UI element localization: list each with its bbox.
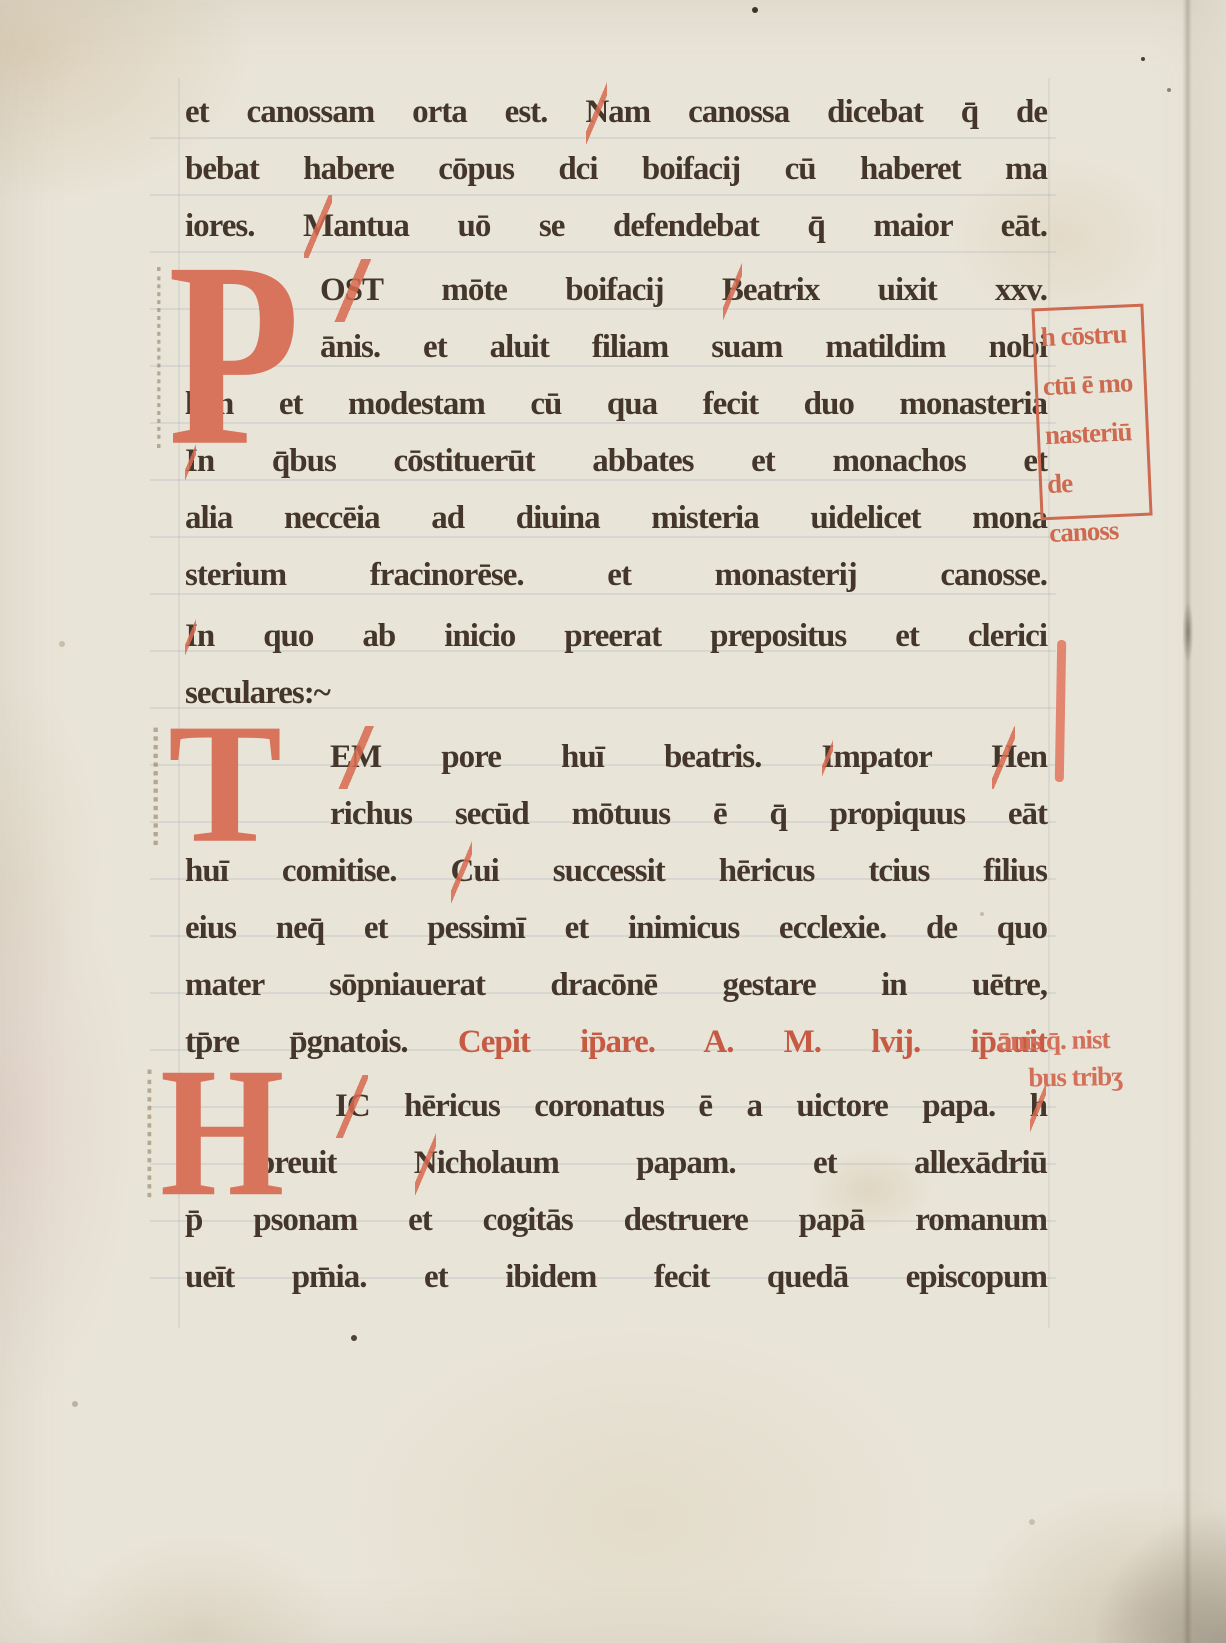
marginal-rubric-line: ānis q̄. nist: [997, 1021, 1122, 1060]
body-text: en: [1016, 739, 1047, 775]
initial-P: P: [168, 250, 300, 461]
body-text: pore huī beatris.: [381, 739, 821, 775]
manuscript-line: bebat habere cōpus dci boifacij cū haber…: [185, 141, 1047, 198]
marginal-rubric-line: bus tribʒ: [998, 1058, 1123, 1097]
manuscript-line: OST mōte boifacij Beatrix uixit xxv.: [185, 262, 1047, 319]
page-fold-crease: [1182, 0, 1192, 1643]
rubricated-capital: N: [414, 1135, 437, 1192]
manuscript-line: EM pore huī beatris. Impator Hen: [185, 729, 1047, 786]
text-block: et canossam orta est. Nam canossa diceba…: [185, 84, 1047, 1306]
rubric-text: Cepit ip̄are. A. M. lvij. ip̄auit: [458, 1024, 1047, 1060]
body-text: eatrix uixit xxv.: [743, 272, 1047, 308]
initial-T: T: [168, 716, 282, 853]
manuscript-line: tp̄re p̄gnatois. Cepit ip̄are. A. M. lvi…: [185, 1014, 1047, 1071]
parchment-specks: [0, 0, 4, 4]
manuscript-line: sterium fracinorēse. et monasterij canos…: [185, 547, 1047, 604]
manuscript-line: et canossam orta est. Nam canossa diceba…: [185, 84, 1047, 141]
body-text: mater sōpniauerat dracōnē gestare in uēt…: [185, 967, 1047, 1003]
body-text: bebat habere cōpus dci boifacij cū haber…: [185, 151, 1047, 187]
page-edge: [1192, 0, 1226, 1643]
page-corner-shadow: [1096, 1493, 1226, 1643]
rubricated-capital: M: [303, 198, 333, 255]
marginal-rubric-line: h cōstru: [1040, 309, 1138, 362]
marginal-rubric-line: ctū ē mo: [1042, 358, 1140, 411]
rubricated-capital: I: [821, 729, 833, 786]
body-text: ueīt pm̄ia. et ibidem fecit quedā episco…: [185, 1259, 1047, 1295]
marginal-rubric-line: nasteriū: [1044, 407, 1142, 460]
manuscript-line: eius neq̄ et pessimī et inimicus ecclexi…: [185, 900, 1047, 957]
body-text: mpator: [833, 739, 991, 775]
body-text: richus secūd mōtuus ē q̄ propiquus eāt: [330, 796, 1047, 832]
manuscript-line: ānis. et aluit filiam suam matildim nobi: [185, 319, 1047, 376]
rubric-paragraph-mark: [1055, 640, 1066, 782]
body-text: n quo ab inicio preerat prepositus et cl…: [197, 618, 1047, 654]
body-text: mōte boifacij: [383, 272, 722, 308]
rubricated-capital: OST: [320, 262, 383, 319]
manuscript-line: alia neccēia ad diuina misteria uidelice…: [185, 490, 1047, 547]
margin-rule-right: [1048, 78, 1050, 1328]
body-text: hēricus coronatus ē a uictore papa.: [370, 1088, 1030, 1124]
rubricated-capital: N: [585, 84, 608, 141]
body-text: ui successit hēricus tcius filius: [473, 853, 1047, 889]
marginal-rubric-line: de canoss: [1046, 456, 1144, 509]
manuscript-line: lem et modestam cū qua fecit duo monaste…: [185, 376, 1047, 433]
manuscript-line: iores. Mantua uō se defendebat q̄ maior …: [185, 198, 1047, 255]
rubricated-capital: I: [185, 608, 197, 665]
body-text: sterium fracinorēse. et monasterij canos…: [185, 557, 1047, 593]
manuscript-page: et canossam orta est. Nam canossa diceba…: [0, 0, 1226, 1643]
rubricated-capital: IC: [335, 1078, 370, 1135]
body-text: lem et modestam cū qua fecit duo monaste…: [185, 386, 1047, 422]
rubricated-capital: B: [722, 262, 743, 319]
marginal-rubric-note: ānis q̄. nist bus tribʒ: [997, 1021, 1122, 1097]
manuscript-line: richus secūd mōtuus ē q̄ propiquus eāt: [185, 786, 1047, 843]
manuscript-line: huī comitise. Cui successit hēricus tciu…: [185, 843, 1047, 900]
rubricated-capital: H: [991, 729, 1016, 786]
body-text: icholaum papam. et allexādriū: [437, 1145, 1047, 1181]
body-text: eius neq̄ et pessimī et inimicus ecclexi…: [185, 910, 1047, 946]
manuscript-line: ueīt pm̄ia. et ibidem fecit quedā episco…: [185, 1249, 1047, 1306]
manuscript-line: IC hēricus coronatus ē a uictore papa. h: [185, 1078, 1047, 1135]
manuscript-line: In quo ab inicio preerat prepositus et c…: [185, 608, 1047, 665]
body-text: n q̄bus cōstituerūt abbates et monachos …: [197, 443, 1047, 479]
initial-H: H: [160, 1058, 284, 1206]
manuscript-line: In q̄bus cōstituerūt abbates et monachos…: [185, 433, 1047, 490]
body-text: p̄ psonam et cogitās destruere papā roma…: [185, 1202, 1047, 1238]
body-text: ānis. et aluit filiam suam matildim nobi: [320, 329, 1047, 365]
body-text: am canossa dicebat q̄ de: [608, 94, 1047, 130]
manuscript-line: p̄ psonam et cogitās destruere papā roma…: [185, 1192, 1047, 1249]
body-text: antua uō se defendebat q̄ maior eāt.: [333, 208, 1047, 244]
body-text: et canossam orta est.: [185, 94, 585, 130]
marginal-rubric-box: h cōstru ctū ē mo nasteriū de canoss: [1031, 304, 1152, 521]
manuscript-line: seculares:~: [185, 665, 1047, 722]
rubricated-capital: EM: [330, 729, 381, 786]
manuscript-line: spreuit Nicholaum papam. et allexādriū: [185, 1135, 1047, 1192]
manuscript-line: mater sōpniauerat dracōnē gestare in uēt…: [185, 957, 1047, 1014]
rubricated-capital: C: [450, 843, 473, 900]
body-text: alia neccēia ad diuina misteria uidelice…: [185, 500, 1047, 536]
